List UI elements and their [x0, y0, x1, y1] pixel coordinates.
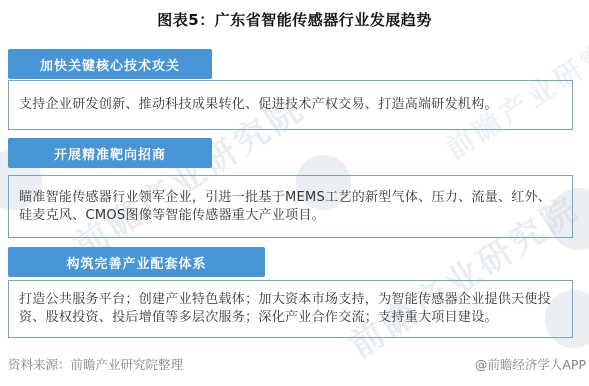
- section-body-tech-breakthrough: 支持企业研发创新、推动科技成果转化、促进技术产权交易、打造高端研发机构。: [8, 80, 573, 130]
- section-tab-targeted-investment: 开展精准靶向招商: [8, 138, 212, 168]
- section-body-targeted-investment: 瞄准智能传感器行业领军企业，引进一批基于MEMS工艺的新型气体、压力、流量、红外…: [8, 175, 573, 238]
- section-body-industry-support-system: 打造公共服务平台；创建产业特色载体；加大资本市场支持，为智能传感器企业提供天使投…: [8, 280, 573, 338]
- figure-title: 图表5：广东省智能传感器行业发展趋势: [0, 9, 589, 30]
- section-tab-industry-support-system: 构筑完善产业配套体系: [8, 247, 265, 277]
- app-credit-note: @前瞻经济学人APP: [475, 355, 586, 373]
- section-body-text: 支持企业研发创新、推动科技成果转化、促进技术产权交易、打造高端研发机构。: [19, 96, 498, 114]
- section-tab-tech-breakthrough: 加快关键核心技术攻关: [8, 49, 212, 79]
- section-body-text: 打造公共服务平台；创建产业特色载体；加大资本市场支持，为智能传感器企业提供天使投…: [19, 291, 562, 327]
- data-source-note: 资料来源：前瞻产业研究院整理: [8, 355, 183, 373]
- section-body-text: 瞄准智能传感器行业领军企业，引进一批基于MEMS工艺的新型气体、压力、流量、红外…: [19, 189, 562, 225]
- figure-canvas: 前瞻产业研究院 前瞻产业研究院 前瞻产业研究院 图表5：广东省智能传感器行业发展…: [0, 0, 589, 386]
